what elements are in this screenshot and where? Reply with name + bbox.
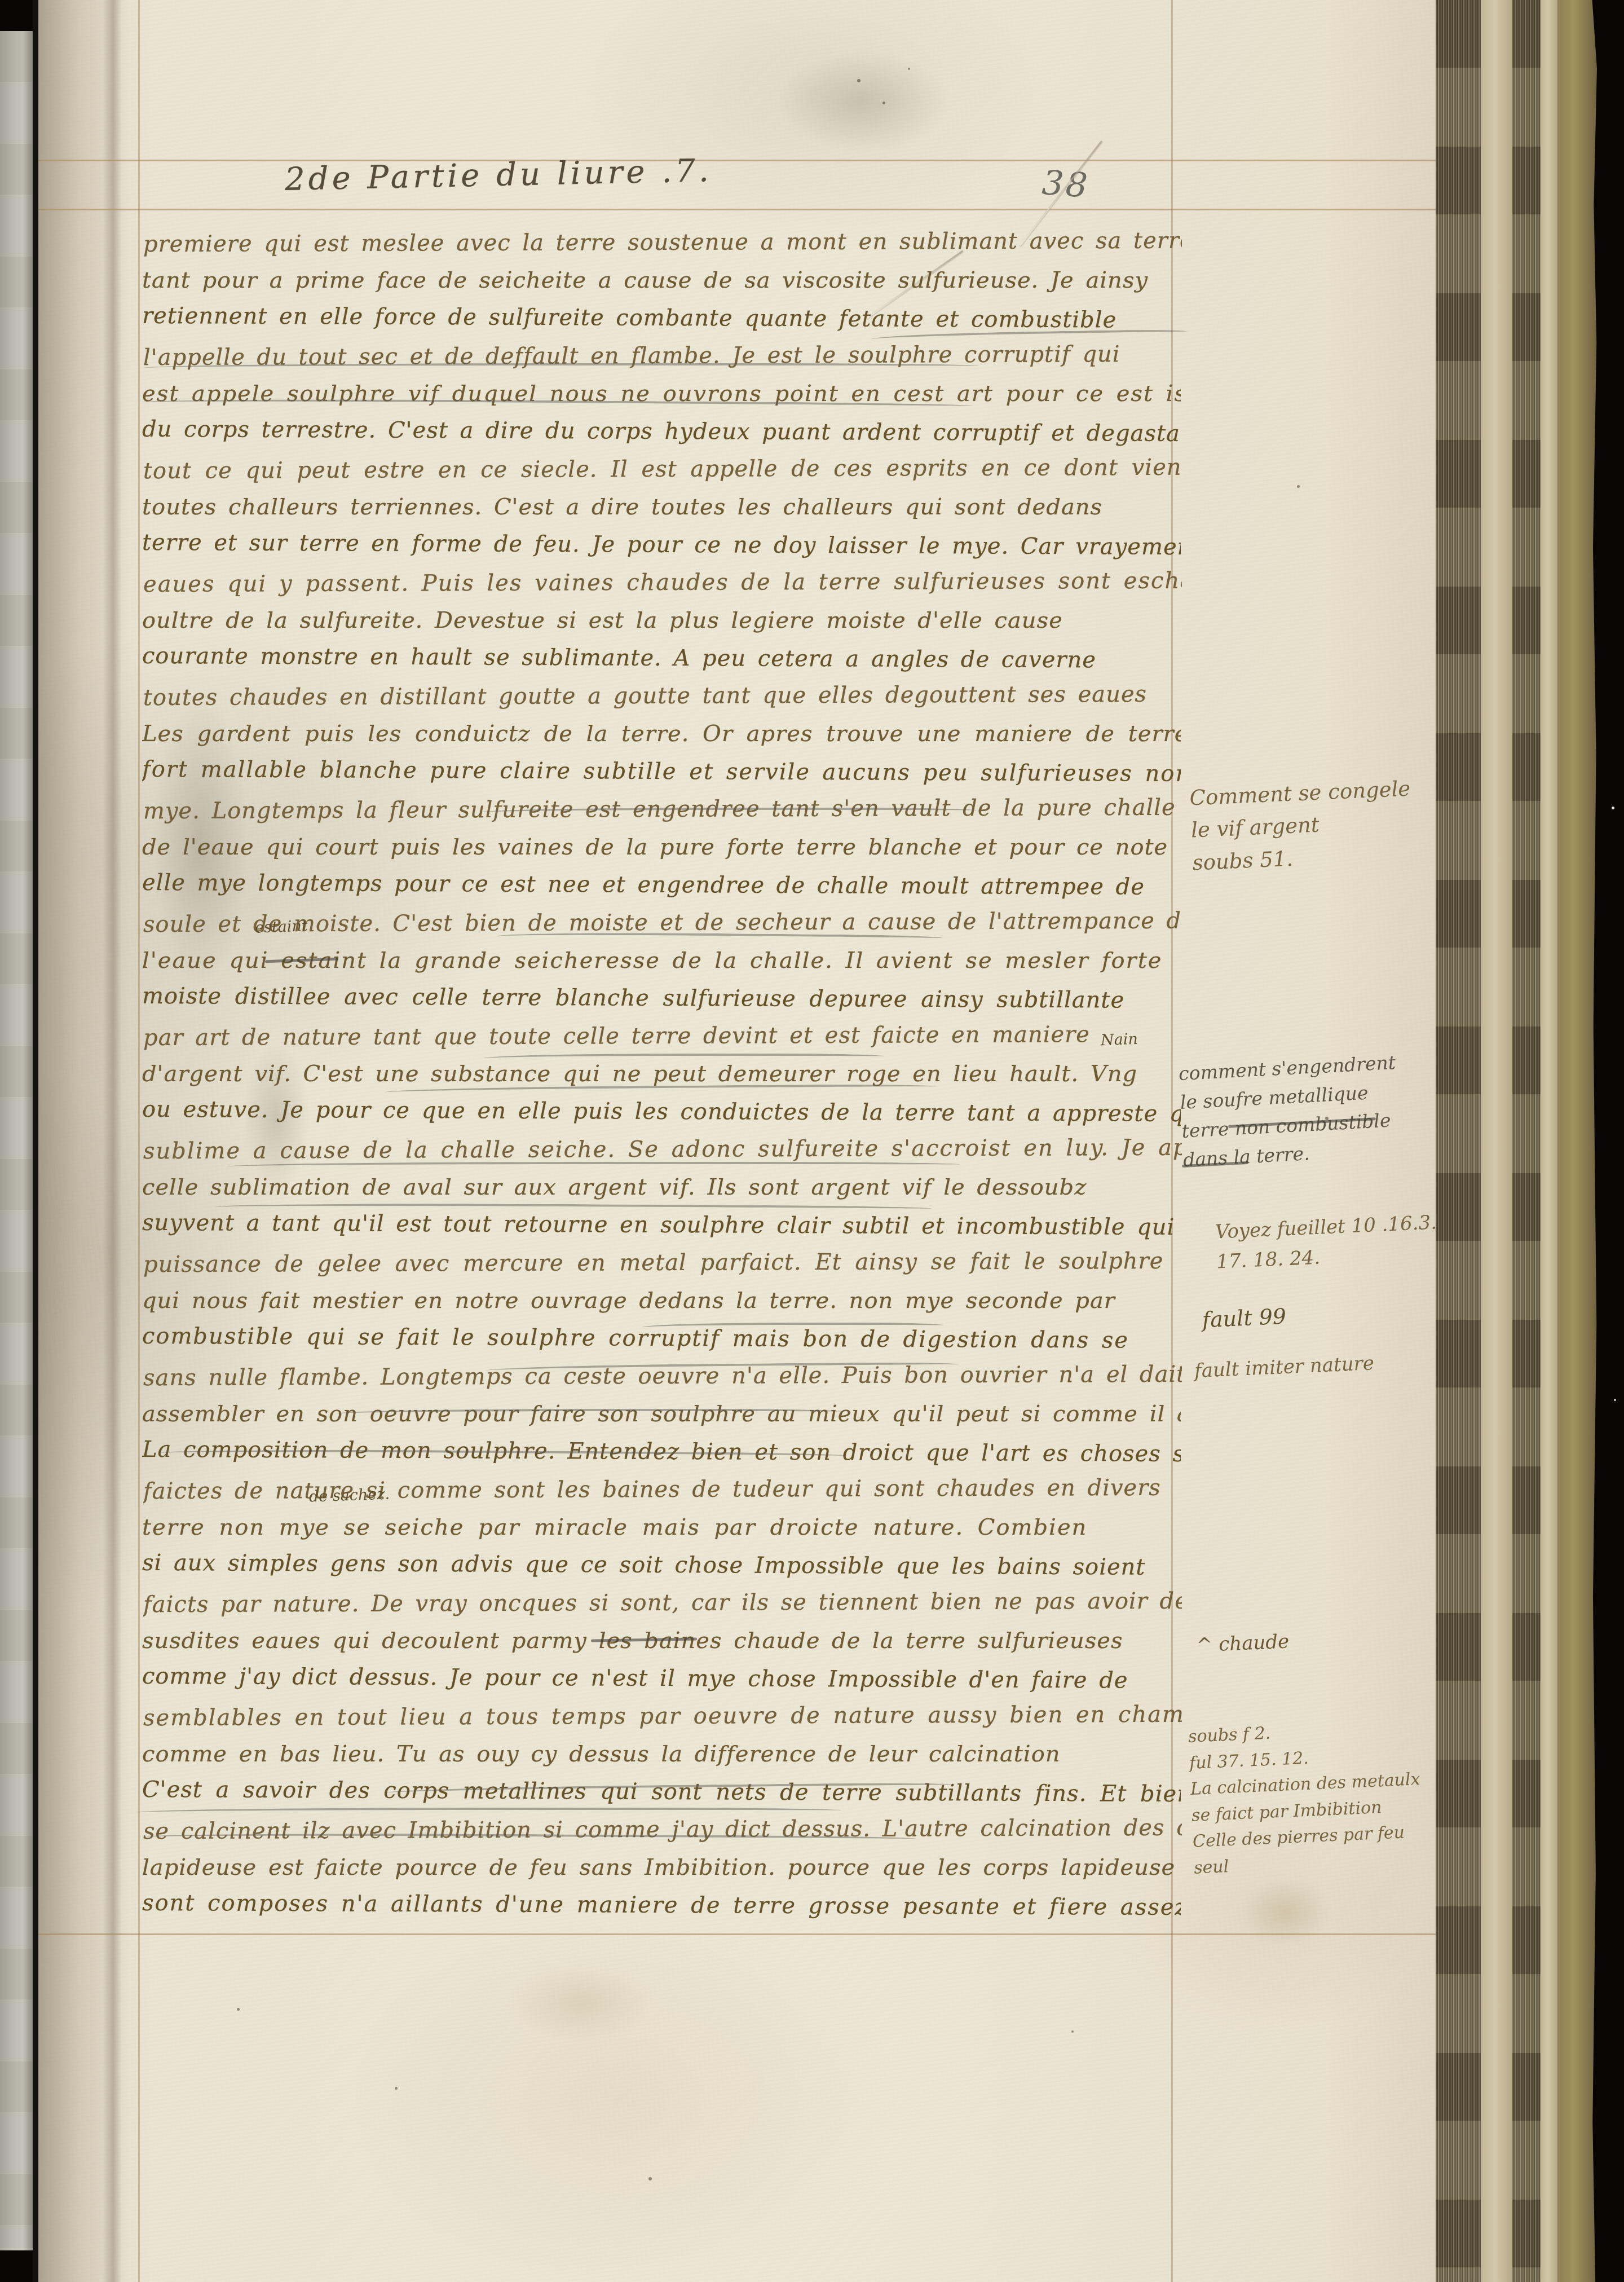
speck bbox=[857, 79, 860, 82]
manuscript-line: terre non mye se seiche par miracle mais… bbox=[142, 1509, 1181, 1547]
manuscript-line: de l'eaue qui court puis les vaines de l… bbox=[142, 829, 1181, 867]
margin-note-line: ^ chaude bbox=[1196, 1627, 1290, 1660]
manuscript-line: par art de nature tant que toute celle t… bbox=[143, 1016, 1182, 1058]
manuscript-line: toutes chaudes en distillant goutte a go… bbox=[143, 676, 1182, 717]
speck bbox=[1071, 2030, 1074, 2033]
manuscript-scan: 2de Partie du liure .7. 38 premiere qui … bbox=[0, 0, 1624, 2282]
margin-note: fault 99 bbox=[1202, 1300, 1287, 1337]
ruling-header-line bbox=[38, 209, 1436, 210]
manuscript-line: du corps terrestre. C'est a dire du corp… bbox=[142, 411, 1181, 453]
fore-edge-pages bbox=[1512, 0, 1541, 2282]
margin-note: soubs f 2.ful 37. 15. 12.La calcination … bbox=[1188, 1714, 1424, 1882]
manuscript-line: combustible qui se fait le soulphre corr… bbox=[142, 1318, 1181, 1360]
manuscript-line: qui nous fait mestier en notre ouvrage d… bbox=[142, 1283, 1181, 1320]
manuscript-line: comme j'ay dict dessus. Je pour ce n'est… bbox=[142, 1658, 1181, 1701]
fore-edge-parchment bbox=[1541, 0, 1557, 2282]
manuscript-line: sans nulle flambe. Longtemps ca ceste oe… bbox=[143, 1356, 1182, 1398]
paper-stain bbox=[1241, 1878, 1331, 1946]
manuscript-line: courante monstre en hault se sublimante.… bbox=[142, 638, 1181, 680]
paper-stain bbox=[152, 694, 248, 987]
manuscript-line: faicts par nature. De vray oncques si so… bbox=[143, 1583, 1182, 1624]
underline-annotation bbox=[480, 808, 977, 814]
ruling-bottom-line bbox=[38, 1933, 1436, 1935]
binding-gutter bbox=[33, 0, 38, 2282]
manuscript-line: faictes de nature si comme sont les bain… bbox=[143, 1470, 1182, 1511]
gutter-crease bbox=[103, 0, 122, 2282]
speck bbox=[882, 102, 885, 104]
manuscript-line: l'appelle du tout sec et de deffault en … bbox=[143, 336, 1182, 377]
manuscript-line: toutes challeurs terriennes. C'est a dir… bbox=[142, 489, 1181, 527]
dust-speck bbox=[1614, 1399, 1616, 1401]
manuscript-line: sont composes n'a aillants d'une maniere… bbox=[142, 1885, 1181, 1927]
manuscript-line: premiere qui est meslee avec la terre so… bbox=[143, 223, 1182, 264]
interlinear-correction: Nain bbox=[1100, 1030, 1138, 1049]
manuscript-line: elle mye longtemps pour ce est nee et en… bbox=[142, 865, 1181, 907]
paper-stain bbox=[242, 1043, 310, 1190]
ruling-left-margin bbox=[138, 0, 140, 2282]
dust-speck bbox=[1612, 807, 1614, 809]
manuscript-line: susdites eaues qui decoulent parmy les b… bbox=[142, 1623, 1181, 1660]
manuscript-line: puissance de gelee avec mercure en metal… bbox=[143, 1243, 1182, 1284]
paper-stain bbox=[778, 51, 947, 152]
manuscript-line: tant pour a prime face de seicheite a ca… bbox=[142, 262, 1181, 300]
manuscript-line: moiste distillee avec celle terre blanch… bbox=[142, 978, 1181, 1020]
margin-note-line: fault 99 bbox=[1202, 1300, 1287, 1337]
margin-note: Comment se congelele vif argentsoubs 51. bbox=[1189, 773, 1414, 879]
facing-page-edge bbox=[0, 31, 33, 2250]
underline-annotation bbox=[484, 1054, 884, 1060]
underline-annotation bbox=[136, 1808, 841, 1814]
underline-annotation bbox=[337, 1409, 845, 1416]
manuscript-line: fort mallable blanche pure claire subtil… bbox=[142, 751, 1181, 794]
margin-note: Voyez fueillet 10 .16.3.17. 18. 24. bbox=[1215, 1208, 1438, 1276]
manuscript-line: lapideuse est faicte pource de feu sans … bbox=[142, 1849, 1181, 1887]
speck bbox=[1325, 1117, 1329, 1120]
speck bbox=[1297, 485, 1300, 488]
interlinear-correction: estaint bbox=[254, 917, 308, 936]
speck bbox=[395, 2087, 398, 2090]
manuscript-line: terre et sur terre en forme de feu. Je p… bbox=[142, 525, 1181, 567]
manuscript-line: eaues qui y passent. Puis les vaines cha… bbox=[143, 563, 1182, 604]
speck bbox=[908, 68, 910, 70]
fore-edge-parchment bbox=[1481, 0, 1512, 2282]
fore-edge-pages bbox=[1436, 0, 1481, 2282]
speck bbox=[237, 2008, 240, 2011]
speck bbox=[648, 2177, 652, 2180]
manuscript-line: se calcinent ilz avec Imbibition si comm… bbox=[143, 1810, 1182, 1851]
vellum-cover-edge bbox=[1557, 0, 1597, 2282]
margin-note: ^ chaude bbox=[1196, 1627, 1290, 1660]
margin-note: comment s'engendrentle soufre metallique… bbox=[1178, 1048, 1401, 1174]
manuscript-line: tout ce qui peut estre en ce siecle. Il … bbox=[143, 450, 1182, 491]
paper-stain bbox=[507, 1963, 654, 2042]
manuscript-line: semblables en tout lieu a tous temps par… bbox=[143, 1697, 1182, 1738]
manuscript-line: si aux simples gens son advis que ce soi… bbox=[142, 1545, 1181, 1587]
manuscript-line: comme en bas lieu. Tu as ouy cy dessus l… bbox=[142, 1736, 1181, 1774]
underline-annotation bbox=[642, 1323, 943, 1329]
manuscript-line: oultre de la sulfureite. Devestue si est… bbox=[142, 602, 1181, 640]
manuscript-line: Les gardent puis les conduictz de la ter… bbox=[142, 716, 1181, 754]
underline-annotation bbox=[144, 363, 978, 370]
underline-annotation bbox=[227, 1162, 960, 1169]
manuscript-line: celle sublimation de aval sur aux argent… bbox=[142, 1169, 1181, 1207]
ruling-top-line bbox=[38, 160, 1436, 161]
interlinear-correction: de sachez. bbox=[309, 1486, 390, 1506]
